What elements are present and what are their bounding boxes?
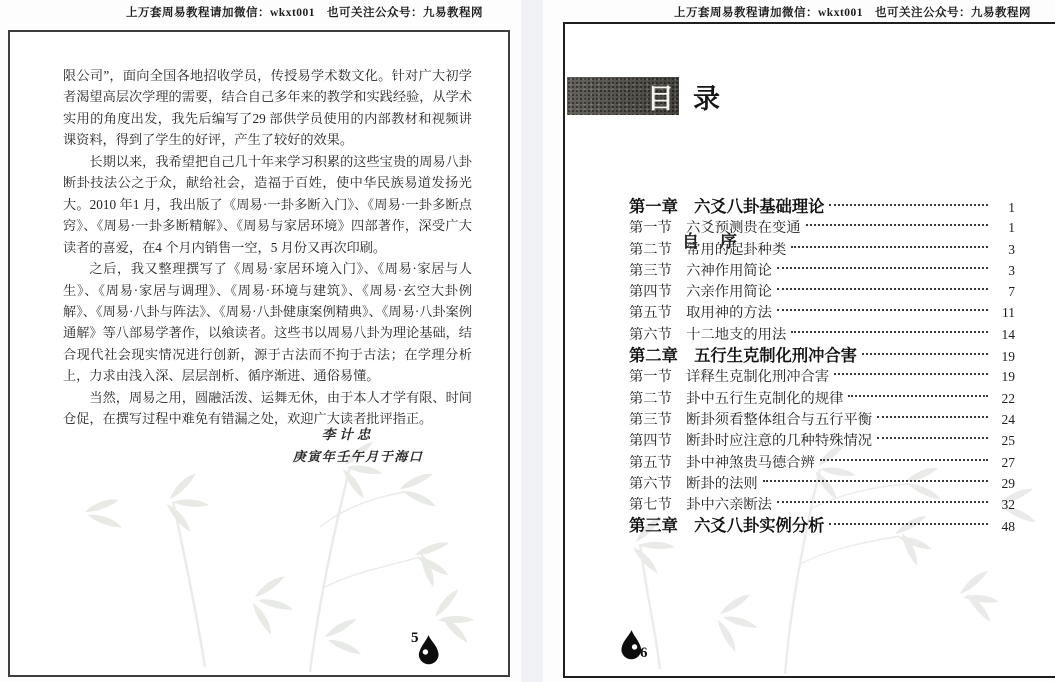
toc-row-section: 第五节 取用神的方法11 — [629, 302, 1015, 323]
toc-title-char-lu: 录 — [693, 77, 720, 116]
toc-title-char-mu: 目 — [647, 77, 674, 116]
taiji-fish-icon — [619, 630, 644, 661]
toc-entry-label: 第四节 六亲作用简论 — [629, 282, 772, 303]
page-right-toc: 目 录 自 序第一章 六爻八卦基础理论1第一节 六爻预测贵在变通1第二节 常用的… — [563, 22, 1055, 678]
toc-row-preface: 自 序 — [682, 229, 1055, 254]
toc-row-section: 第四节 断卦时应注意的几种特殊情况25 — [629, 430, 1015, 451]
toc-entry-label: 自 序 — [682, 229, 739, 254]
toc-entry-label: 第二节 卦中五行生克制化的规律 — [629, 389, 843, 410]
toc-row-section: 第一节 详释生克制化刑冲合害19 — [629, 366, 1015, 387]
toc-entry-page-number: 32 — [993, 494, 1015, 515]
toc-entry-page-number: 3 — [993, 260, 1015, 281]
toc-entry-page-number: 25 — [993, 430, 1015, 451]
author-signature: 李计忠 — [322, 423, 375, 443]
toc-row-section: 第六节 十二地支的用法14 — [629, 324, 1015, 345]
toc-row-section: 第六节 断卦的法则29 — [629, 473, 1015, 494]
toc-entry-page-number: 19 — [993, 346, 1015, 367]
toc-entry-label: 第五节 卦中神煞贵马德合辨 — [629, 453, 815, 474]
toc-row-section: 第三节 断卦须看整体组合与五行平衡24 — [629, 409, 1015, 430]
toc-row-section: 第二节 卦中五行生克制化的规律22 — [629, 388, 1015, 409]
preface-paragraph: 之后，我又整理撰写了《周易·家居环境入门》、《周易·家居与人生》、《周易·家居与… — [63, 258, 472, 387]
toc-entry-label: 第三章 六爻八卦实例分析 — [629, 515, 824, 536]
toc-row-chapter: 第一章 六爻八卦基础理论1 — [629, 196, 1015, 217]
toc-entry-page-number: 11 — [993, 302, 1015, 323]
preface-paragraph: 长期以来，我希望把自己几十年来学习积累的这些宝贵的周易八卦断卦技法公之于众，献给… — [63, 151, 472, 258]
page-number-right: 6 — [619, 630, 648, 662]
header-note-left: 上万套周易教程请加微信：wkxt001 也可关注公众号：九易教程网 — [126, 4, 483, 20]
signature-date-place: 庚寅年壬午月于海口 — [293, 446, 424, 465]
toc-entry-label: 第六节 十二地支的用法 — [629, 325, 786, 346]
toc-title: 目 录 — [567, 77, 720, 115]
toc-entry-label: 第二章 五行生克制化刑冲合害 — [629, 345, 857, 366]
taiji-fish-icon — [416, 635, 441, 666]
toc-list: 自 序第一章 六爻八卦基础理论1第一节 六爻预测贵在变通1第二节 常用的起卦种类… — [629, 196, 1015, 537]
preface-paragraph: 当然，周易之用，圆融活泼、运舞无休，由于本人才学有限、时间仓促，在撰写过程中难免… — [63, 387, 472, 430]
toc-row-section: 第七节 卦中六亲断法32 — [629, 494, 1015, 515]
toc-entry-page-number: 14 — [993, 324, 1015, 345]
toc-title-ink-block: 目 — [567, 77, 679, 115]
toc-entry-page-number: 29 — [993, 473, 1015, 494]
toc-row-chapter: 第二章 五行生克制化刑冲合害19 — [629, 345, 1015, 366]
toc-entry-label: 第一节 详释生克制化刑冲合害 — [629, 367, 829, 388]
page-left-preface: 限公司”，面向全国各地招收学员，传授易学术数文化。针对广大初学者渴望高层次学理的… — [8, 30, 510, 677]
toc-entry-label: 第四节 断卦时应注意的几种特殊情况 — [629, 431, 872, 452]
book-scan: { "header": { "left_text": "上万套周易教程请加微信：… — [0, 0, 1055, 682]
toc-row-chapter: 第三章 六爻八卦实例分析48 — [629, 515, 1015, 536]
toc-row-section: 第三节 六神作用简论3 — [629, 260, 1015, 281]
preface-paragraphs: 限公司”，面向全国各地招收学员，传授易学术数文化。针对广大初学者渴望高层次学理的… — [63, 65, 472, 430]
toc-entry-label: 第六节 断卦的法则 — [629, 474, 758, 495]
toc-entry-page-number: 48 — [993, 516, 1015, 537]
toc-entry-page-number: 1 — [993, 197, 1015, 218]
toc-entry-page-number: 27 — [993, 452, 1015, 473]
toc-entry-page-number: 22 — [993, 388, 1015, 409]
toc-entry-label: 第一章 六爻八卦基础理论 — [629, 196, 824, 217]
toc-entry-label: 第七节 卦中六亲断法 — [629, 495, 772, 516]
toc-entry-page-number: 19 — [993, 366, 1015, 387]
toc-row-section: 第五节 卦中神煞贵马德合辨27 — [629, 452, 1015, 473]
toc-entry-label: 第五节 取用神的方法 — [629, 303, 772, 324]
toc-entry-page-number: 24 — [993, 409, 1015, 430]
header-note-right: 上万套周易教程请加微信：wkxt001 也可关注公众号：九易教程网 — [674, 4, 1031, 20]
preface-paragraph: 限公司”，面向全国各地招收学员，传授易学术数文化。针对广大初学者渴望高层次学理的… — [63, 65, 472, 151]
page-number-left: 5 — [411, 630, 441, 666]
page-gutter — [521, 0, 543, 682]
toc-entry-page-number: 7 — [993, 281, 1015, 302]
toc-entry-label: 第三节 六神作用简论 — [629, 261, 772, 282]
toc-entry-label: 第三节 断卦须看整体组合与五行平衡 — [629, 410, 872, 431]
toc-row-section: 第四节 六亲作用简论7 — [629, 281, 1015, 302]
